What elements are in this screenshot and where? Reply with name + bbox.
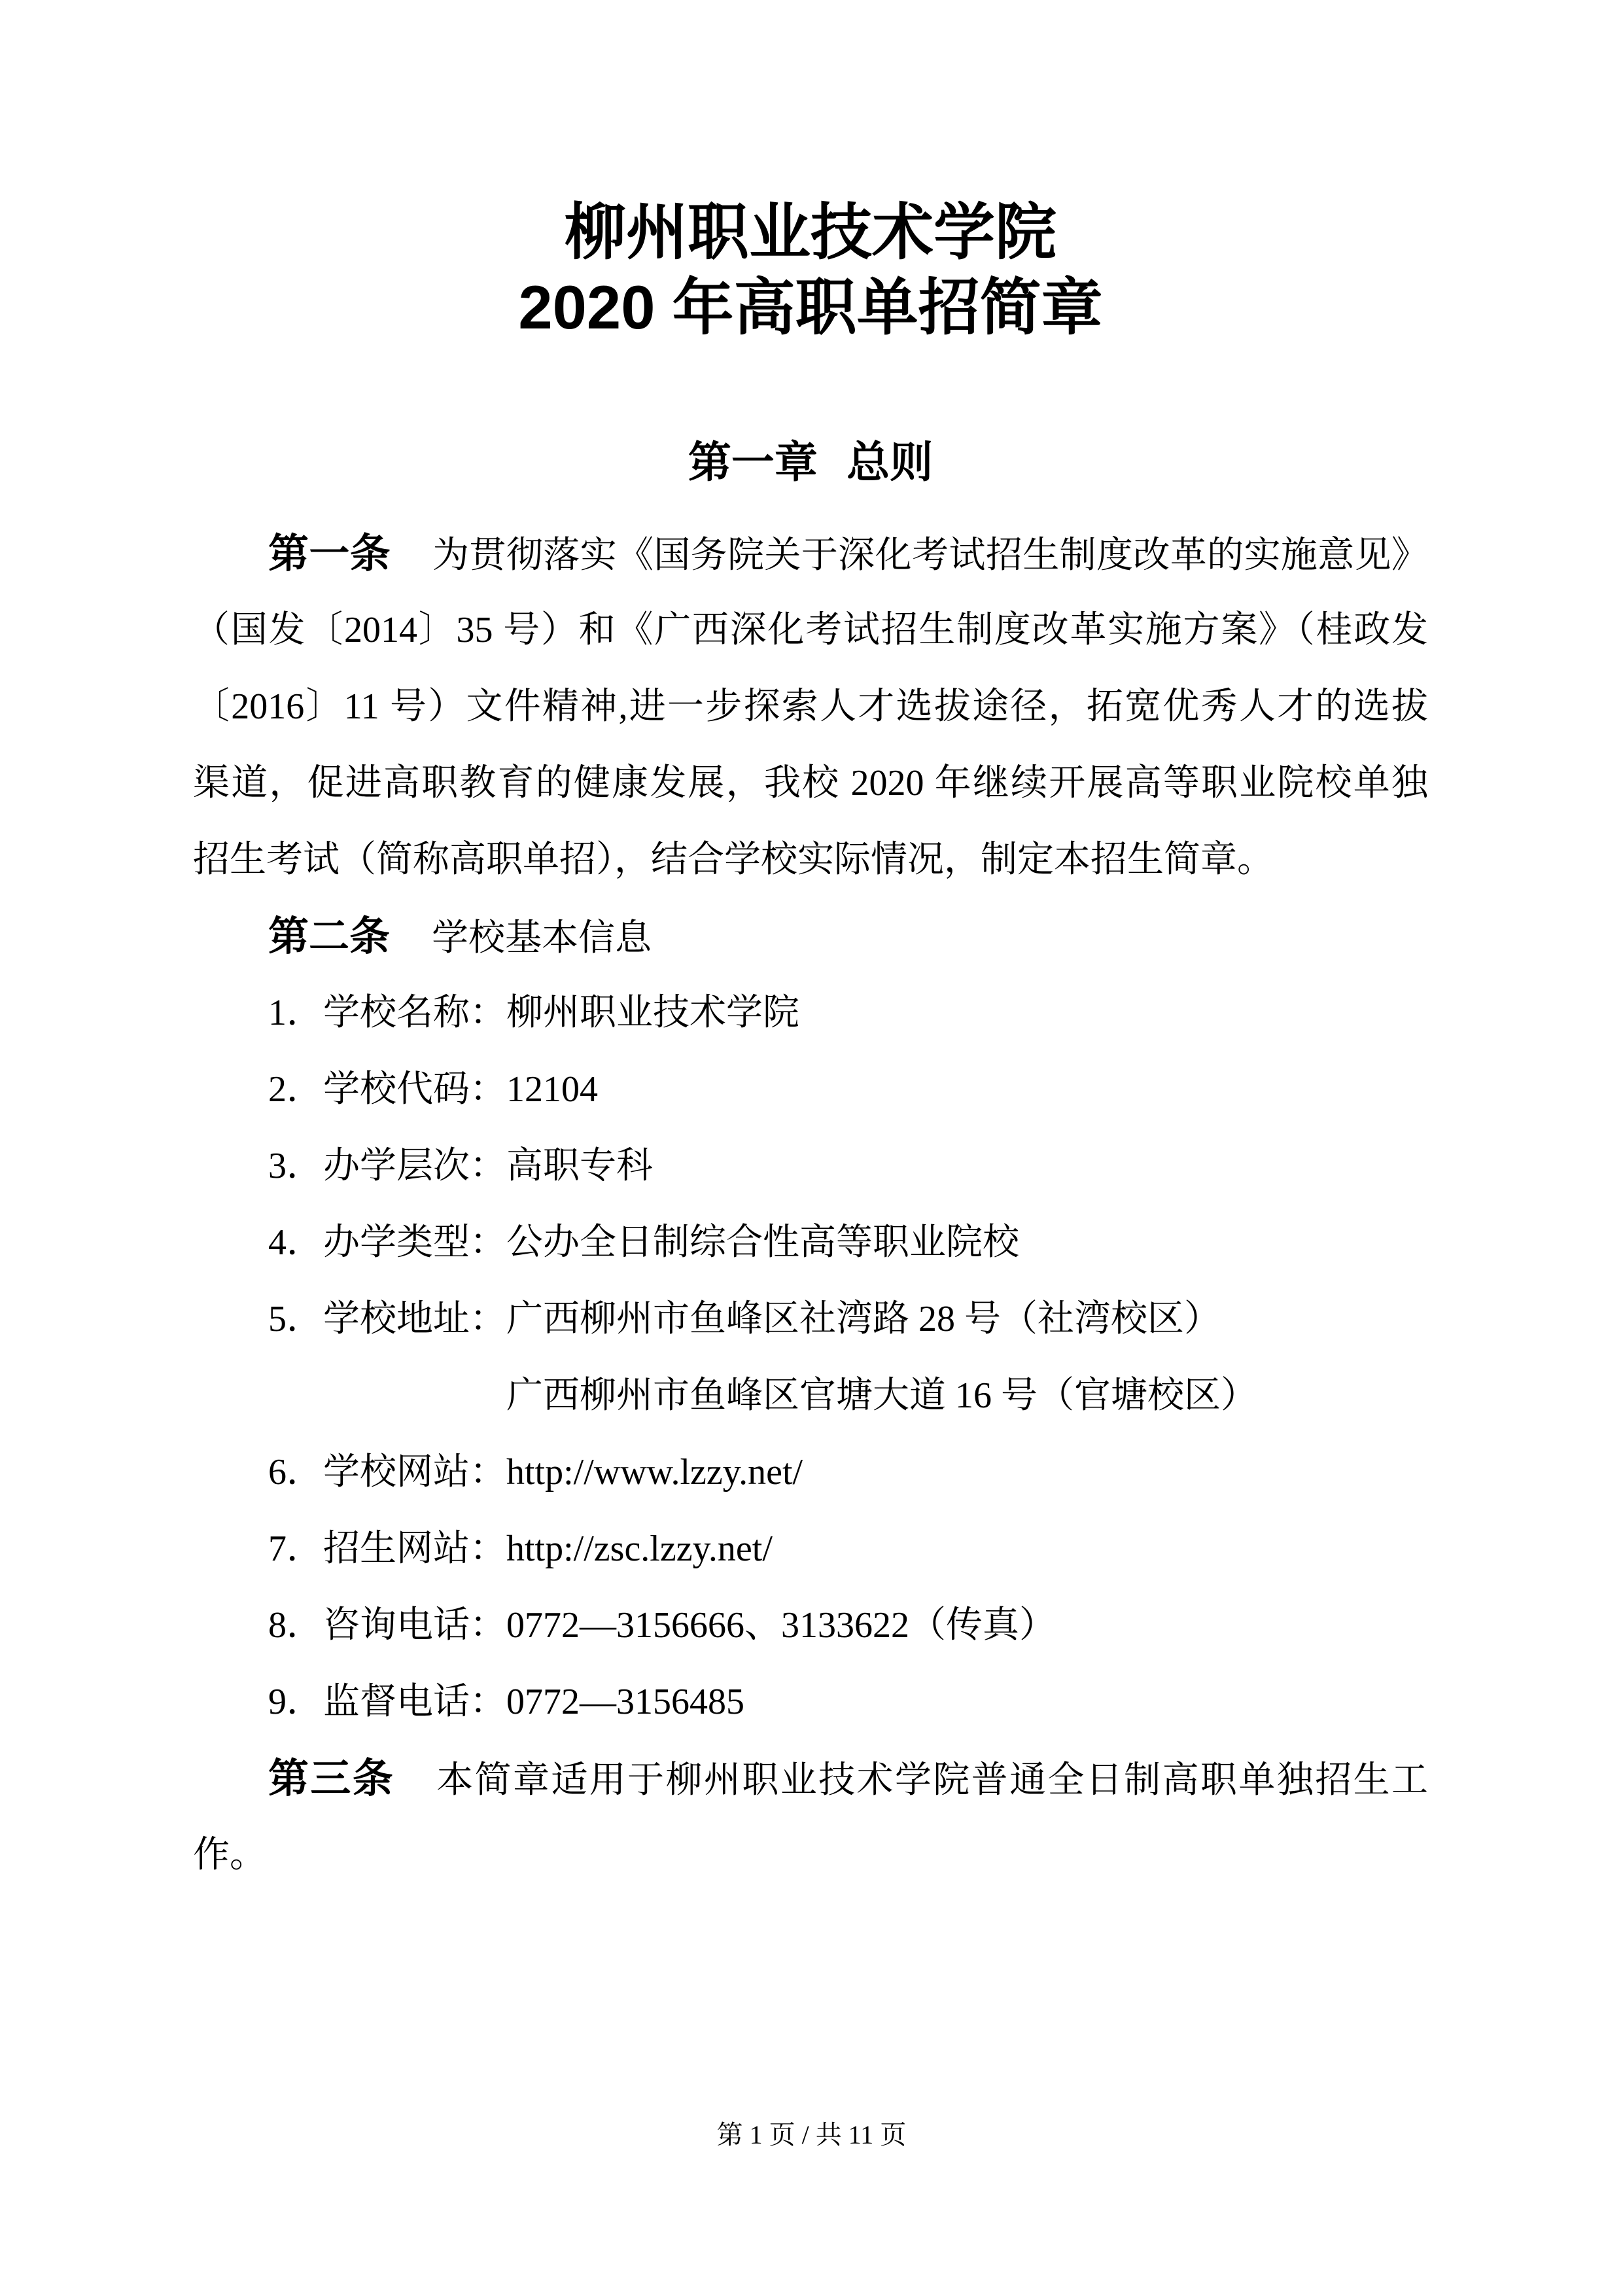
address-values: 广西柳州市鱼峰区社湾路 28 号（社湾校区） 广西柳州市鱼峰区官塘大道 16 号… xyxy=(506,1281,1257,1434)
info-item-inquiry-phone: 8．咨询电话：0772—3156666、3133622（传真） xyxy=(193,1587,1428,1664)
paragraph-line: 第一条为贯彻落实《国务院关于深化考试招生制度改革的实施意见》 xyxy=(193,516,1428,592)
info-item-school-code: 2．学校代码：12104 xyxy=(193,1051,1428,1128)
page-number: 第 1 页 / 共 11 页 xyxy=(0,2119,1623,2151)
paragraph-line: （国发〔2014〕35 号）和《广西深化考试招生制度改革实施方案》（桂政发 xyxy=(193,592,1428,669)
doc-title-line-2: 2020 年高职单招简章 xyxy=(193,270,1428,345)
article-3-paragraph: 第三条本简章适用于柳州职业技术学院普通全日制高职单独招生工 作。 xyxy=(193,1740,1428,1894)
item-label: 6．学校网站： xyxy=(268,1452,506,1492)
article-1-label: 第一条 xyxy=(268,531,391,576)
item-label: 2．学校代码： xyxy=(268,1069,506,1110)
info-item-education-level: 3．办学层次：高职专科 xyxy=(193,1128,1428,1205)
page-content: 柳州职业技术学院 2020 年高职单招简章 第一章 总则 第一条为贯彻落实《国务… xyxy=(193,0,1428,1894)
paragraph-line: 作。 xyxy=(193,1817,1428,1894)
paragraph-line: 渠道，促进高职教育的健康发展，我校 2020 年继续开展高等职业院校单独 xyxy=(193,745,1428,822)
paragraph-line: 第三条本简章适用于柳州职业技术学院普通全日制高职单独招生工 xyxy=(193,1740,1428,1817)
info-item-school-type: 4．办学类型：公办全日制综合性高等职业院校 xyxy=(193,1205,1428,1281)
article-2-label: 第二条 xyxy=(268,914,390,959)
item-value: 0772—3156666、3133622（传真） xyxy=(506,1605,1056,1646)
document-title: 柳州职业技术学院 2020 年高职单招简章 xyxy=(193,194,1428,345)
info-item-supervision-phone: 9．监督电话：0772—3156485 xyxy=(193,1664,1428,1740)
article-2-heading-line: 第二条学校基本信息 xyxy=(193,898,1428,975)
info-item-school-address: 5．学校地址： 广西柳州市鱼峰区社湾路 28 号（社湾校区） 广西柳州市鱼峰区官… xyxy=(193,1281,1428,1434)
item-label: 8．咨询电话： xyxy=(268,1605,506,1646)
paragraph-line: 〔2016〕11 号）文件精神,进一步探索人才选拔途径，拓宽优秀人才的选拔 xyxy=(193,669,1428,745)
item-label: 7．招生网站： xyxy=(268,1528,506,1569)
article-2-section: 第二条学校基本信息 1．学校名称：柳州职业技术学院 2．学校代码：12104 3… xyxy=(193,898,1428,1740)
item-value: 高职专科 xyxy=(506,1146,653,1186)
info-item-school-website: 6．学校网站：http://www.lzzy.net/ xyxy=(193,1434,1428,1511)
paragraph-text: 本简章适用于柳州职业技术学院普通全日制高职单独招生工 xyxy=(436,1760,1428,1801)
item-label: 5．学校地址： xyxy=(268,1281,506,1358)
chapter-1-heading: 第一章 总则 xyxy=(193,424,1428,501)
item-value: 0772—3156485 xyxy=(506,1682,744,1722)
info-item-school-name: 1．学校名称：柳州职业技术学院 xyxy=(193,975,1428,1051)
document-page: 柳州职业技术学院 2020 年高职单招简章 第一章 总则 第一条为贯彻落实《国务… xyxy=(0,0,1623,2296)
item-label: 9．监督电话： xyxy=(268,1682,506,1722)
article-2-heading: 学校基本信息 xyxy=(432,918,652,959)
school-website-link[interactable]: http://www.lzzy.net/ xyxy=(506,1452,803,1492)
item-value: 公办全日制综合性高等职业院校 xyxy=(506,1222,1019,1263)
item-label: 4．办学类型： xyxy=(268,1222,506,1263)
paragraph-text: 为贯彻落实《国务院关于深化考试招生制度改革的实施意见》 xyxy=(432,535,1428,576)
item-label: 3．办学层次： xyxy=(268,1146,506,1186)
admissions-website-link[interactable]: http://zsc.lzzy.net/ xyxy=(506,1528,773,1569)
item-value: 柳州职业技术学院 xyxy=(506,993,799,1033)
item-label: 1．学校名称： xyxy=(268,993,506,1033)
doc-title-line-1: 柳州职业技术学院 xyxy=(193,194,1428,270)
article-3-label: 第三条 xyxy=(268,1756,394,1801)
info-item-admissions-website: 7．招生网站：http://zsc.lzzy.net/ xyxy=(193,1511,1428,1587)
article-1-paragraph: 第一条为贯彻落实《国务院关于深化考试招生制度改革的实施意见》 （国发〔2014〕… xyxy=(193,516,1428,898)
item-value: 广西柳州市鱼峰区社湾路 28 号（社湾校区） xyxy=(506,1281,1257,1358)
paragraph-line: 招生考试（简称高职单招），结合学校实际情况，制定本招生简章。 xyxy=(193,822,1428,898)
item-value: 12104 xyxy=(506,1069,598,1110)
item-value-line-2: 广西柳州市鱼峰区官塘大道 16 号（官塘校区） xyxy=(506,1358,1257,1434)
